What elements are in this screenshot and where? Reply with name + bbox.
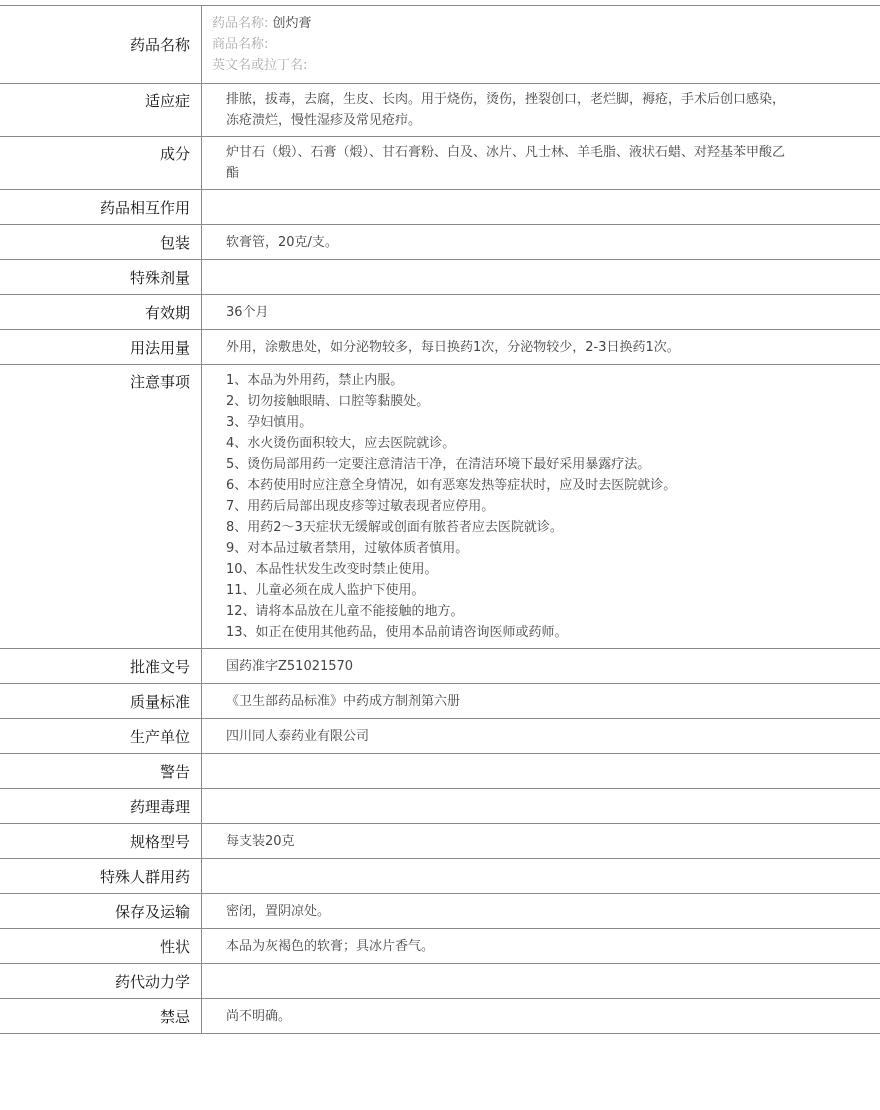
precaution-item: 10、本品性状发生改变时禁止使用。 — [226, 559, 879, 580]
precaution-item: 2、切勿接触眼睛、口腔等黏膜处。 — [226, 391, 879, 412]
row-shelf-life: 有效期 36个月 — [0, 295, 880, 330]
label-ingredients: 成分 — [0, 137, 202, 190]
row-manufacturer: 生产单位 四川同人泰药业有限公司 — [0, 719, 880, 754]
label-manufacturer: 生产单位 — [0, 719, 202, 754]
value-packaging: 软膏管，20克/支。 — [202, 225, 880, 260]
row-warning: 警告 — [0, 754, 880, 789]
precaution-item: 9、对本品过敏者禁用，过敏体质者慎用。 — [226, 538, 879, 559]
row-pharmacokinetics: 药代动力学 — [0, 964, 880, 999]
value-interactions — [202, 190, 880, 225]
row-special-population: 特殊人群用药 — [0, 859, 880, 894]
value-usage: 外用，涂敷患处，如分泌物较多，每日换药1次，分泌物较少，2-3日换药1次。 — [202, 330, 880, 365]
row-special-dosage: 特殊剂量 — [0, 260, 880, 295]
precaution-item: 4、水火烫伤面积较大，应去医院就诊。 — [226, 433, 879, 454]
value-pharmacokinetics — [202, 964, 880, 999]
label-warning: 警告 — [0, 754, 202, 789]
value-manufacturer: 四川同人泰药业有限公司 — [202, 719, 880, 754]
label-interactions: 药品相互作用 — [0, 190, 202, 225]
label-drug-name: 药品名称 — [0, 6, 202, 84]
label-pharmacokinetics: 药代动力学 — [0, 964, 202, 999]
row-pharmacology: 药理毒理 — [0, 789, 880, 824]
value-approval-number: 国药准字Z51021570 — [202, 649, 880, 684]
label-storage: 保存及运输 — [0, 894, 202, 929]
row-approval-number: 批准文号 国药准字Z51021570 — [0, 649, 880, 684]
value-special-dosage — [202, 260, 880, 295]
value-indications: 排脓，拔毒，去腐，生皮、长肉。用于烧伤，烫伤，挫裂创口，老烂脚，褥疮，手术后创口… — [202, 84, 880, 137]
row-indications: 适应症 排脓，拔毒，去腐，生皮、长肉。用于烧伤，烫伤，挫裂创口，老烂脚，褥疮，手… — [0, 84, 880, 137]
row-quality-standard: 质量标准 《卫生部药品标准》中药成方制剂第六册 — [0, 684, 880, 719]
generic-name-label: 药品名称: — [212, 16, 268, 31]
precaution-item: 1、本品为外用药，禁止内服。 — [226, 370, 879, 391]
row-description: 性状 本品为灰褐色的软膏；具冰片香气。 — [0, 929, 880, 964]
label-quality-standard: 质量标准 — [0, 684, 202, 719]
value-contraindications: 尚不明确。 — [202, 999, 880, 1034]
precaution-item: 6、本药使用时应注意全身情况，如有恶寒发热等症状时，应及时去医院就诊。 — [226, 475, 879, 496]
precaution-item: 11、儿童必须在成人监护下使用。 — [226, 580, 879, 601]
english-name-label: 英文名或拉丁名: — [212, 58, 307, 73]
label-specification: 规格型号 — [0, 824, 202, 859]
label-approval-number: 批准文号 — [0, 649, 202, 684]
value-specification: 每支装20克 — [202, 824, 880, 859]
value-precautions: 1、本品为外用药，禁止内服。 2、切勿接触眼睛、口腔等黏膜处。 3、孕妇慎用。 … — [202, 365, 880, 649]
precaution-item: 3、孕妇慎用。 — [226, 412, 879, 433]
trade-name-label: 商品名称: — [212, 37, 268, 52]
precaution-item: 5、烫伤局部用药一定要注意清洁干净，在清洁环境下最好采用暴露疗法。 — [226, 454, 879, 475]
value-ingredients: 炉甘石（煅）、石膏（煅）、甘石膏粉、白及、冰片、凡士林、羊毛脂、液状石蜡、对羟基… — [202, 137, 880, 190]
value-warning — [202, 754, 880, 789]
row-contraindications: 禁忌 尚不明确。 — [0, 999, 880, 1034]
label-description: 性状 — [0, 929, 202, 964]
row-drug-name: 药品名称 药品名称: 创灼膏 商品名称: 英文名或拉丁名: — [0, 6, 880, 84]
label-usage: 用法用量 — [0, 330, 202, 365]
row-precautions: 注意事项 1、本品为外用药，禁止内服。 2、切勿接触眼睛、口腔等黏膜处。 3、孕… — [0, 365, 880, 649]
row-interactions: 药品相互作用 — [0, 190, 880, 225]
drug-info-table: 药品名称 药品名称: 创灼膏 商品名称: 英文名或拉丁名: 适应症 排脓，拔毒，… — [0, 5, 880, 1034]
value-storage: 密闭，置阴凉处。 — [202, 894, 880, 929]
label-pharmacology: 药理毒理 — [0, 789, 202, 824]
label-contraindications: 禁忌 — [0, 999, 202, 1034]
value-special-population — [202, 859, 880, 894]
value-quality-standard: 《卫生部药品标准》中药成方制剂第六册 — [202, 684, 880, 719]
row-usage: 用法用量 外用，涂敷患处，如分泌物较多，每日换药1次，分泌物较少，2-3日换药1… — [0, 330, 880, 365]
label-indications: 适应症 — [0, 84, 202, 137]
drug-name-block: 药品名称: 创灼膏 商品名称: 英文名或拉丁名: — [202, 6, 880, 84]
precaution-item: 13、如正在使用其他药品，使用本品前请咨询医师或药师。 — [226, 622, 879, 643]
precaution-item: 7、用药后局部出现皮疹等过敏表现者应停用。 — [226, 496, 879, 517]
row-packaging: 包装 软膏管，20克/支。 — [0, 225, 880, 260]
generic-name-value: 创灼膏 — [273, 16, 312, 31]
value-shelf-life: 36个月 — [202, 295, 880, 330]
label-special-population: 特殊人群用药 — [0, 859, 202, 894]
label-shelf-life: 有效期 — [0, 295, 202, 330]
label-packaging: 包装 — [0, 225, 202, 260]
label-precautions: 注意事项 — [0, 365, 202, 649]
label-special-dosage: 特殊剂量 — [0, 260, 202, 295]
row-storage: 保存及运输 密闭，置阴凉处。 — [0, 894, 880, 929]
precaution-item: 8、用药2～3天症状无缓解或创面有脓苔者应去医院就诊。 — [226, 517, 879, 538]
precaution-item: 12、请将本品放在儿童不能接触的地方。 — [226, 601, 879, 622]
value-description: 本品为灰褐色的软膏；具冰片香气。 — [202, 929, 880, 964]
value-pharmacology — [202, 789, 880, 824]
row-ingredients: 成分 炉甘石（煅）、石膏（煅）、甘石膏粉、白及、冰片、凡士林、羊毛脂、液状石蜡、… — [0, 137, 880, 190]
row-specification: 规格型号 每支装20克 — [0, 824, 880, 859]
